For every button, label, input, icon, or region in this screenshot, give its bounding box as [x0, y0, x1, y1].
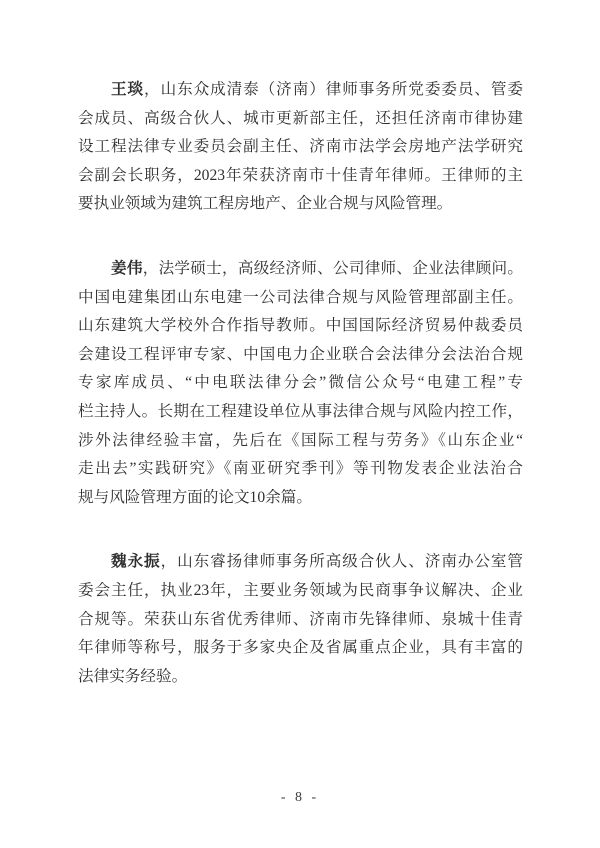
bio-text: ，法学硕士，高级经济师、公司律师、企业法律顾问。	[143, 260, 523, 277]
bio-paragraph-wang-yan: 王琰，山东众成清泰（济南）律师事务所党委委员、管委 会成员、高级合伙人、城市更新…	[78, 76, 523, 219]
bio-line: 王琰，山东众成清泰（济南）律师事务所党委委员、管委	[78, 76, 523, 105]
bio-line: 年律师等称号，服务于多家央企及省属重点企业，具有丰富的	[78, 634, 523, 663]
bio-line: 会建设工程评审专家、中国电力企业联合会法律分会法治合规	[78, 341, 523, 370]
bio-line: 委会主任，执业23年，主要业务领域为民商事争议解决、企业	[78, 577, 523, 606]
bio-text: ，山东众成清泰（济南）律师事务所党委委员、管委	[144, 81, 523, 98]
bio-paragraph-wei-yongzhen: 魏永振，山东睿扬律师事务所高级合伙人、济南办公室管 委会主任，执业23年，主要业…	[78, 548, 523, 691]
person-name: 王琰	[111, 81, 144, 98]
bio-line: 合规等。荣获山东省优秀律师、济南市先锋律师、泉城十佳青	[78, 606, 523, 635]
bio-line: 专家库成员、“中电联法律分会”微信公众号“电建工程”专	[78, 369, 523, 398]
bio-text: ，山东睿扬律师事务所高级合伙人、济南办公室管	[161, 553, 523, 570]
bio-paragraph-jiang-wei: 姜伟，法学硕士，高级经济师、公司律师、企业法律顾问。 中国电建集团山东电建一公司…	[78, 255, 523, 512]
bio-line: 山东建筑大学校外合作指导教师。中国国际经济贸易仲裁委员	[78, 312, 523, 341]
bio-line: 姜伟，法学硕士，高级经济师、公司律师、企业法律顾问。	[78, 255, 523, 284]
bio-line: 栏主持人。长期在工程建设单位从事法律合规与风险内控工作，	[78, 398, 523, 427]
document-body: 王琰，山东众成清泰（济南）律师事务所党委委员、管委 会成员、高级合伙人、城市更新…	[78, 76, 523, 691]
bio-line: 会成员、高级合伙人、城市更新部主任，还担任济南市律协建	[78, 105, 523, 134]
bio-line: 要执业领域为建筑工程房地产、企业合规与风险管理。	[78, 190, 523, 219]
person-name: 魏永振	[111, 553, 161, 570]
page-number: - 8 -	[0, 790, 600, 806]
person-name: 姜伟	[111, 260, 143, 277]
bio-line: 会副会长职务，2023年荣获济南市十佳青年律师。王律师的主	[78, 162, 523, 191]
bio-line: 中国电建集团山东电建一公司法律合规与风险管理部副主任。	[78, 284, 523, 313]
bio-line: 涉外法律经验丰富，先后在《国际工程与劳务》《山东企业“	[78, 427, 523, 456]
bio-line: 魏永振，山东睿扬律师事务所高级合伙人、济南办公室管	[78, 548, 523, 577]
bio-line: 设工程法律专业委员会副主任、济南市法学会房地产法学研究	[78, 133, 523, 162]
bio-line: 规与风险管理方面的论文10余篇。	[78, 484, 523, 513]
bio-line: 法律实务经验。	[78, 663, 523, 692]
document-page: 王琰，山东众成清泰（济南）律师事务所党委委员、管委 会成员、高级合伙人、城市更新…	[0, 0, 600, 848]
bio-line: 走出去”实践研究》《南亚研究季刊》等刊物发表企业法治合	[78, 455, 523, 484]
